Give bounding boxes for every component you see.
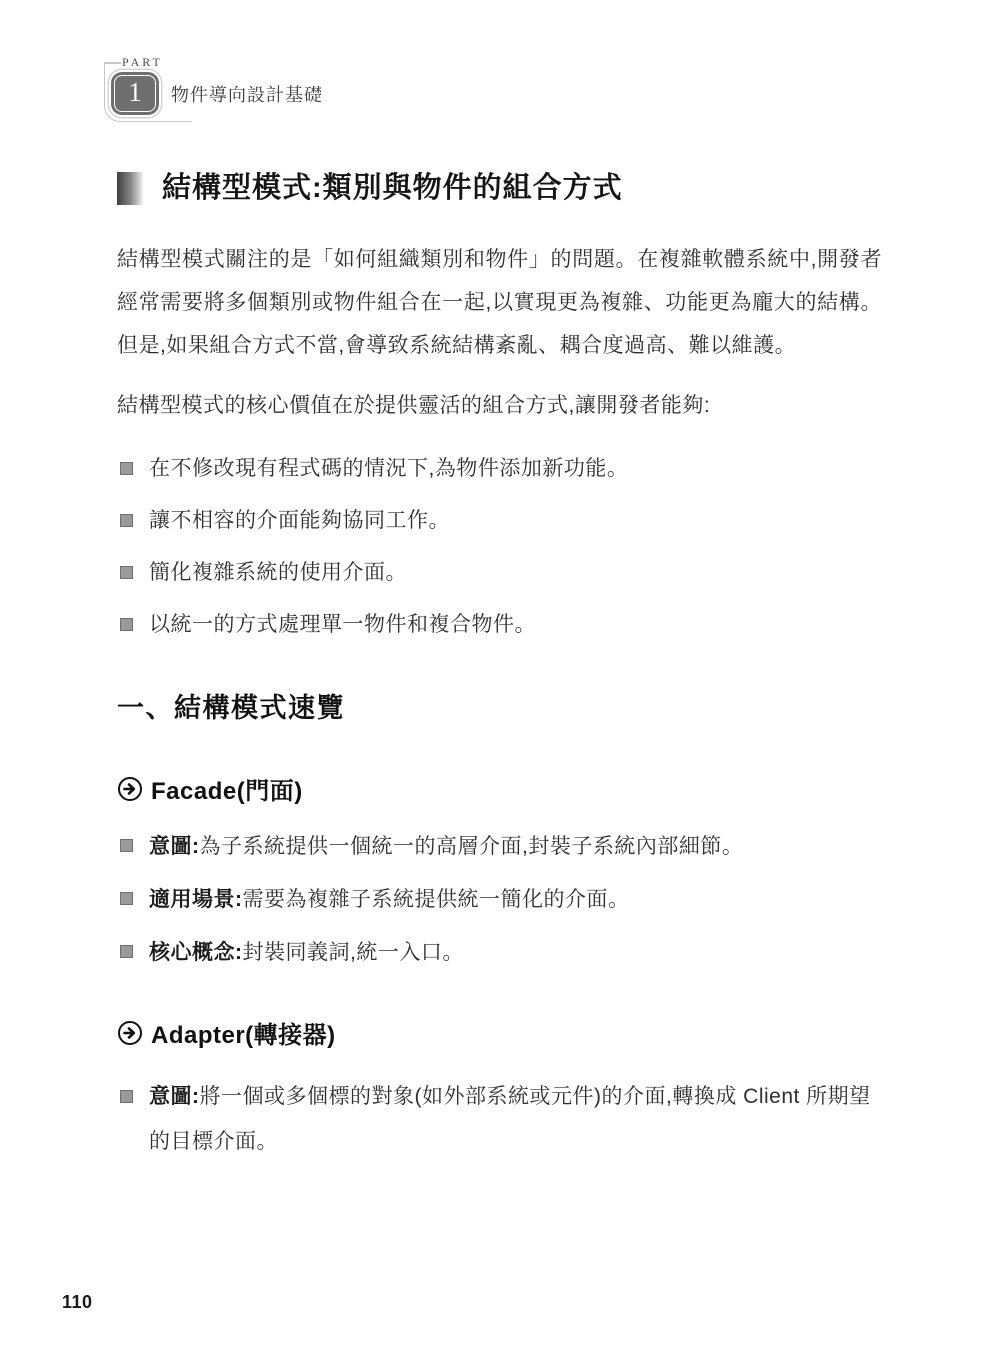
square-bullet-icon [120, 618, 133, 631]
adapter-attribute-list: 意圖:將一個或多個標的對象(如外部系統或元件)的介面,轉換成 Client 所期… [117, 1074, 882, 1164]
part-title: 物件導向設計基礎 [171, 81, 323, 107]
chapter-heading: 結構型模式:類別與物件的組合方式 [117, 168, 882, 208]
list-item: 讓不相容的介面能夠協同工作。 [117, 505, 882, 536]
chapter-heading-text: 結構型模式:類別與物件的組合方式 [162, 168, 623, 208]
item-text: 將一個或多個標的對象(如外部系統或元件)的介面,轉換成 Client 所期望的目… [149, 1085, 871, 1153]
item-label: 意圖: [149, 835, 200, 858]
list-item: 在不修改現有程式碼的情況下,為物件添加新功能。 [117, 453, 882, 484]
book-page: PART 1 物件導向設計基礎 結構型模式:類別與物件的組合方式 結構型模式關注… [0, 0, 1000, 1353]
page-content: 結構型模式:類別與物件的組合方式 結構型模式關注的是「如何組織類別和物件」的問題… [0, 0, 1000, 1164]
pattern-heading-adapter: Adapter(轉接器) [117, 1015, 882, 1050]
pattern-heading-text: Facade(門面) [151, 771, 303, 806]
square-bullet-icon [120, 514, 133, 527]
part-label: PART [122, 55, 163, 70]
intro-paragraph-1: 結構型模式關注的是「如何組織類別和物件」的問題。在複雜軟體系統中,開發者經常需要… [117, 238, 882, 367]
section-heading: 一、結構模式速覽 [117, 686, 882, 725]
part-number: 1 [128, 79, 142, 108]
square-bullet-icon [120, 1090, 133, 1103]
list-item: 意圖:將一個或多個標的對象(如外部系統或元件)的介面,轉換成 Client 所期… [117, 1074, 882, 1164]
intro-bullet-list: 在不修改現有程式碼的情況下,為物件添加新功能。 讓不相容的介面能夠協同工作。 簡… [117, 453, 882, 640]
square-bullet-icon [120, 566, 133, 579]
square-bullet-icon [120, 945, 133, 958]
circle-arrow-right-icon [117, 776, 143, 802]
pattern-heading-facade: Facade(門面) [117, 771, 882, 806]
list-item: 適用場景:需要為複雜子系統提供統一簡化的介面。 [117, 883, 882, 916]
item-text: 需要為複雜子系統提供統一簡化的介面。 [243, 888, 630, 911]
item-label: 核心概念: [149, 941, 243, 964]
item-text: 為子系統提供一個統一的高層介面,封裝子系統內部細節。 [200, 835, 744, 858]
part-number-badge: 1 [111, 72, 159, 115]
intro-paragraph-2: 結構型模式的核心價值在於提供靈活的組合方式,讓開發者能夠: [117, 384, 882, 427]
item-text: 封裝同義詞,統一入口。 [243, 941, 464, 964]
pattern-heading-text: Adapter(轉接器) [151, 1015, 336, 1050]
list-item: 意圖:為子系統提供一個統一的高層介面,封裝子系統內部細節。 [117, 830, 882, 863]
list-item: 核心概念:封裝同義詞,統一入口。 [117, 936, 882, 969]
page-number: 110 [62, 1292, 93, 1313]
item-label: 意圖: [149, 1085, 200, 1108]
square-bullet-icon [120, 462, 133, 475]
square-bullet-icon [120, 839, 133, 852]
list-item: 簡化複雜系統的使用介面。 [117, 557, 882, 588]
heading-gradient-square [117, 172, 143, 205]
item-label: 適用場景: [149, 888, 243, 911]
square-bullet-icon [120, 892, 133, 905]
list-item: 以統一的方式處理單一物件和複合物件。 [117, 609, 882, 640]
circle-arrow-right-icon [117, 1020, 143, 1046]
facade-attribute-list: 意圖:為子系統提供一個統一的高層介面,封裝子系統內部細節。 適用場景:需要為複雜… [117, 830, 882, 969]
